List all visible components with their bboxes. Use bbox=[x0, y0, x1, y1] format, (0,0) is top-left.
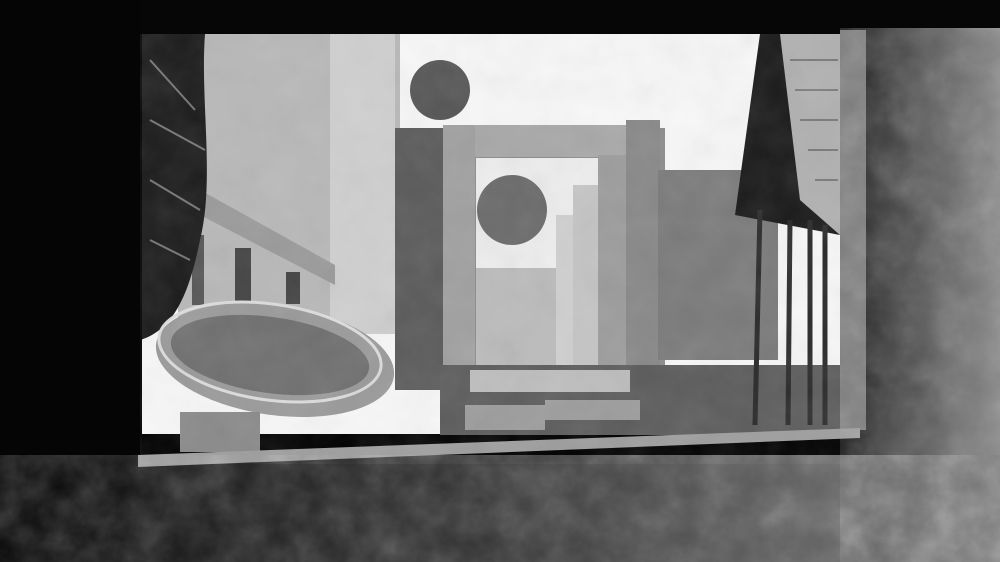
photo bbox=[0, 0, 1000, 562]
photo-canvas bbox=[0, 0, 1000, 562]
